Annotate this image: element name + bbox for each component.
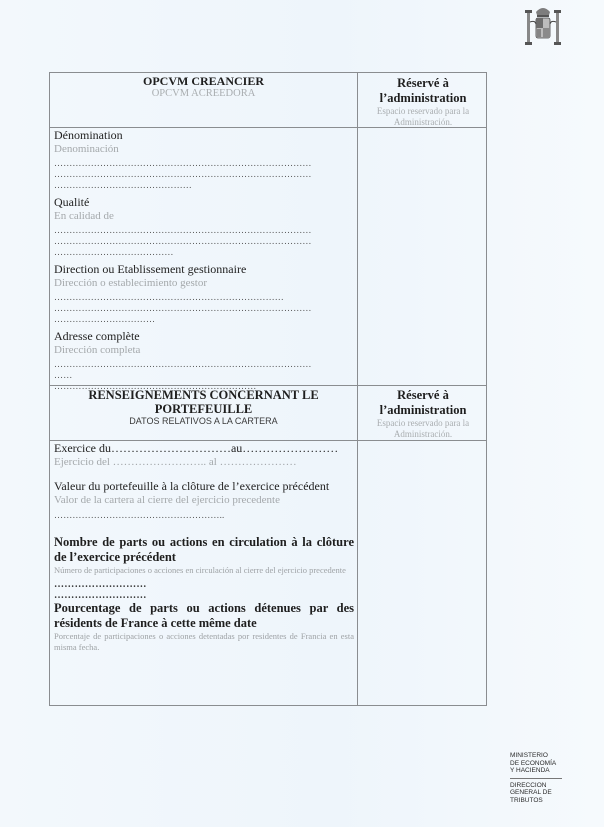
- valeur-fill-line[interactable]: ………………………………………………..: [54, 510, 354, 521]
- spanish-coat-of-arms-icon: [523, 4, 563, 50]
- fill-line[interactable]: ……: [54, 370, 352, 381]
- section2-admin-header: Réservé à l’administration Espacio reser…: [358, 388, 488, 440]
- footer-divider: [510, 778, 562, 779]
- pourcentage-label-es: Porcentaje de participaciones o acciones…: [54, 631, 354, 653]
- admin-label-line1: Réservé à: [358, 388, 488, 403]
- nombre-fill-line[interactable]: ………………………: [54, 579, 354, 590]
- valeur-label-fr: Valeur du portefeuille à la clôture de l…: [54, 479, 354, 493]
- field-direction[interactable]: Direction ou Etablissement gestionnaire …: [54, 262, 352, 325]
- fill-line[interactable]: …………………………………………………………………: [54, 292, 352, 303]
- section2-title-line1: RENSEIGNEMENTS CONCERNANT LE: [50, 388, 357, 402]
- section2-title-line2: PORTEFEUILLE: [50, 402, 357, 416]
- section2-title-es: DATOS RELATIVOS A LA CARTERA: [50, 416, 357, 427]
- pourcentage-label-fr: Pourcentage de parts ou actions détenues…: [54, 601, 354, 631]
- admin-label-line2: l’administration: [358, 91, 488, 106]
- admin-label-es: Espacio reservado para la Administración…: [358, 106, 488, 128]
- nombre-label-fr: Nombre de parts ou actions en circulatio…: [54, 535, 354, 565]
- field-label-fr: Adresse complète: [54, 329, 352, 343]
- admin-label-line1: Réservé à: [358, 76, 488, 91]
- direction-line: DIRECCION: [510, 782, 590, 790]
- field-label-fr: Dénomination: [54, 128, 352, 142]
- field-label-es: Denominación: [54, 142, 352, 156]
- fill-line[interactable]: …………………………………………………………………………: [54, 236, 352, 247]
- direction-line: TRIBUTOS: [510, 797, 590, 805]
- fill-line[interactable]: ……………………………: [54, 314, 352, 325]
- fill-line[interactable]: …………………………………………………………………………: [54, 359, 352, 370]
- ministry-line: Y HACIENDA: [510, 767, 590, 775]
- fill-line[interactable]: …………………………………………………………………………: [54, 225, 352, 236]
- ministry-footer: MINISTERIO DE ECONOMÍA Y HACIENDA DIRECC…: [510, 752, 590, 804]
- field-adresse[interactable]: Adresse complète Dirección completa ……………: [54, 329, 352, 392]
- section1-title-fr: OPCVM CREANCIER: [50, 75, 357, 88]
- section2-header: RENSEIGNEMENTS CONCERNANT LE PORTEFEUILL…: [50, 388, 357, 427]
- form-table: OPCVM CREANCIER OPCVM ACREEDORA Réservé …: [49, 72, 487, 706]
- fill-line[interactable]: …………………………………………………………………………: [54, 158, 352, 169]
- fill-line[interactable]: ………………………………………: [54, 180, 352, 191]
- section1-admin-area: [358, 128, 488, 385]
- exercice-field[interactable]: Exercice du…………………………au……………………: [54, 441, 354, 455]
- fill-line[interactable]: …………………………………………………………………………: [54, 169, 352, 180]
- exercice-label-es: Ejercicio del …………………….. al …………………: [54, 455, 354, 469]
- field-label-fr: Direction ou Etablissement gestionnaire: [54, 262, 352, 276]
- field-label-es: En calidad de: [54, 209, 352, 223]
- ministry-line: DE ECONOMÍA: [510, 760, 590, 768]
- admin-label-es: Espacio reservado para la Administración…: [358, 418, 488, 440]
- valeur-label-es: Valor de la cartera al cierre del ejerci…: [54, 493, 354, 507]
- fill-line[interactable]: …………………………………………………………………………: [54, 303, 352, 314]
- section1-fields: Dénomination Denominación ………………………………………: [54, 128, 352, 392]
- section2-fields: Exercice du…………………………au…………………… Ejercici…: [54, 441, 354, 653]
- admin-label-line2: l’administration: [358, 403, 488, 418]
- section2-admin-area: [358, 441, 488, 707]
- field-qualite[interactable]: Qualité En calidad de …………………………………………………: [54, 195, 352, 258]
- pourcentage-fill-line[interactable]: ………………………: [54, 590, 354, 601]
- field-label-es: Dirección o establecimiento gestor: [54, 276, 352, 290]
- direction-line: GENERAL DE: [510, 789, 590, 797]
- field-denomination[interactable]: Dénomination Denominación ………………………………………: [54, 128, 352, 191]
- field-label-fr: Qualité: [54, 195, 352, 209]
- fill-line[interactable]: …………………………………: [54, 247, 352, 258]
- section1-admin-header: Réservé à l’administration Espacio reser…: [358, 76, 488, 128]
- ministry-line: MINISTERIO: [510, 752, 590, 760]
- section1-title-es: OPCVM ACREEDORA: [50, 88, 357, 100]
- section1-header: OPCVM CREANCIER OPCVM ACREEDORA: [50, 75, 357, 100]
- field-label-es: Dirección completa: [54, 343, 352, 357]
- nombre-label-es: Número de participaciones o acciones en …: [54, 565, 354, 576]
